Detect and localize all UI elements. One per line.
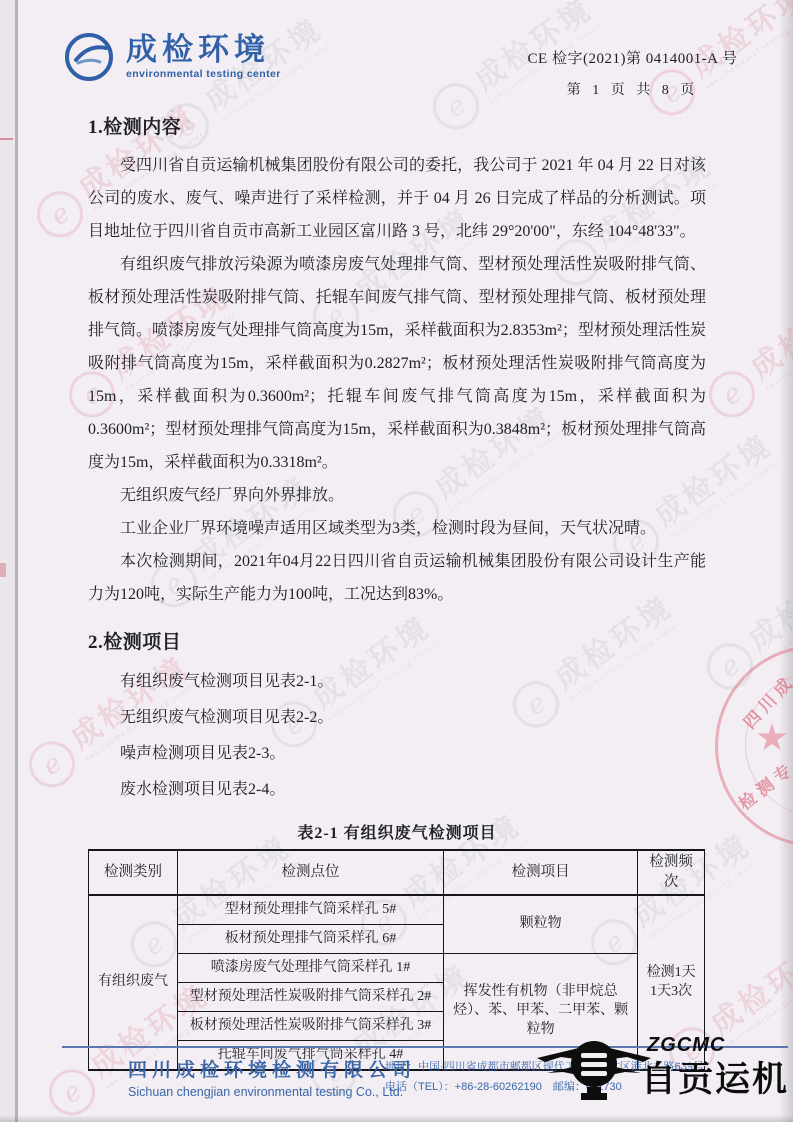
paragraph-fugitive: 无组织废气经厂界向外界排放。 <box>88 479 706 512</box>
list-item-organized-gas: 有组织废气检测项目见表2-1。 <box>88 664 706 700</box>
cell-item-particulate: 颗粒物 <box>444 895 638 954</box>
scan-red-mark <box>0 138 13 140</box>
header-item: 检测项目 <box>444 850 638 895</box>
paragraph-capacity: 本次检测期间，2021年04月22日四川省自贡运输机械集团股份有限公司设计生产能… <box>88 545 706 611</box>
report-number: CE 检字(2021)第 0414001-A 号 <box>505 47 760 68</box>
footer-company: 四川成检环境检测有限公司 Sichuan chengjian environme… <box>128 1055 416 1099</box>
header-frequency: 检测频次 <box>638 850 705 895</box>
header-point: 检测点位 <box>178 850 444 895</box>
paragraph-noise: 工业企业厂界环境噪声适用区域类型为3类，检测时段为昼间，天气状况晴。 <box>88 512 706 545</box>
report-page: e成检环境environmental testing centere成检环境en… <box>0 0 793 1122</box>
cell-point-3: 板材预处理活性炭吸附排气筒采样孔 3# <box>178 1012 444 1041</box>
table-header-row: 检测类别 检测点位 检测项目 检测频次 <box>89 850 705 895</box>
list-item-noise: 噪声检测项目见表2-3。 <box>88 736 706 772</box>
table-row: 喷漆房废气处理排气筒采样孔 1# 挥发性有机物（非甲烷总烃）、苯、甲苯、二甲苯、… <box>89 954 705 983</box>
frequency-line-2: 1天3次 <box>642 983 700 1002</box>
cell-category: 有组织废气 <box>89 895 178 1070</box>
section-1-title: 1.检测内容 <box>88 112 706 139</box>
logo-cn: 成检环境 <box>126 34 281 65</box>
list-item-wastewater: 废水检测项目见表2-4。 <box>88 772 706 808</box>
scan-red-mark-2 <box>0 563 6 577</box>
section-2-title: 2.检测项目 <box>88 627 706 654</box>
company-logo: 成检环境 environmental testing center <box>62 30 281 84</box>
scan-edge-right <box>779 0 793 1122</box>
table-2-1-title: 表2-1 有组织废气检测项目 <box>88 820 706 843</box>
zgcmc-logo: ZGCMC 自贡运机 <box>535 1022 791 1118</box>
logo-text: 成检环境 environmental testing center <box>126 34 281 80</box>
paragraph-stacks: 有组织废气排放污染源为喷漆房废气处理排气筒、型材预处理活性炭吸附排气筒、板材预处… <box>88 248 706 479</box>
page-number: 第 1 页 共 8 页 <box>505 79 760 99</box>
zgcmc-name: 自贡运机 <box>641 1052 789 1102</box>
cell-point-5: 型材预处理排气筒采样孔 5# <box>178 895 444 925</box>
header-meta: CE 检字(2021)第 0414001-A 号 第 1 页 共 8 页 <box>505 47 760 99</box>
scan-margin-left <box>0 0 15 1122</box>
e-circle-logo-icon <box>62 30 116 84</box>
cell-point-6: 板材预处理排气筒采样孔 6# <box>178 925 444 954</box>
cell-point-1: 喷漆房废气处理排气筒采样孔 1# <box>178 954 444 983</box>
logo-en: environmental testing center <box>126 68 281 80</box>
table-row: 有组织废气 型材预处理排气筒采样孔 5# 颗粒物 检测1天 1天3次 <box>89 895 705 925</box>
footer-company-en: Sichuan chengjian environmental testing … <box>128 1085 416 1099</box>
header-category: 检测类别 <box>89 850 178 895</box>
scan-edge-left <box>15 0 18 1122</box>
cell-point-2: 型材预处理活性炭吸附排气筒采样孔 2# <box>178 983 444 1012</box>
paragraph-commission: 受四川省自贡运输机械集团股份有限公司的委托，我公司于 2021 年 04 月 2… <box>88 149 706 248</box>
list-item-fugitive-gas: 无组织废气检测项目见表2-2。 <box>88 700 706 736</box>
footer-company-cn: 四川成检环境检测有限公司 <box>128 1055 416 1082</box>
document-body: 1.检测内容 受四川省自贡运输机械集团股份有限公司的委托，我公司于 2021 年… <box>88 112 706 1071</box>
frequency-line-1: 检测1天 <box>642 964 700 983</box>
